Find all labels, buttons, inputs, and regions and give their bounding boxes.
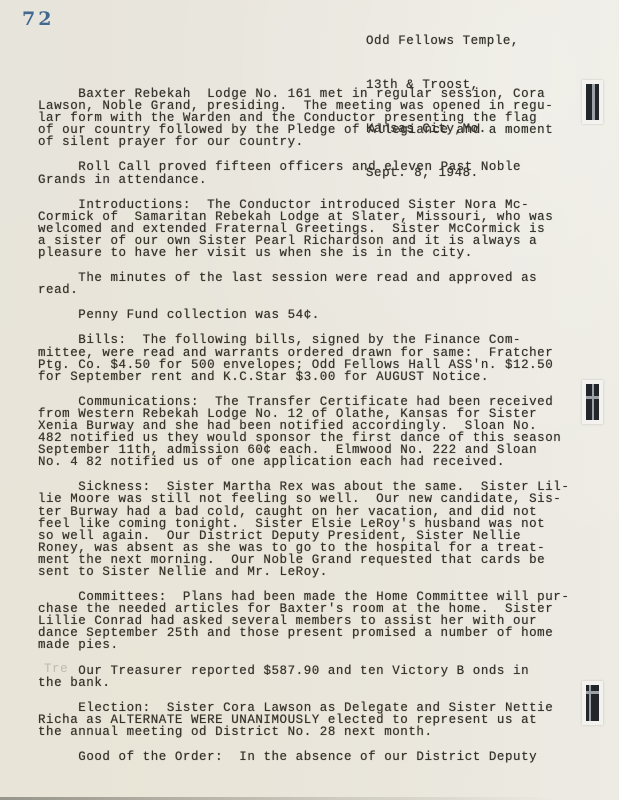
paragraph-good-of-the-order: Good of the Order: In the absence of our… (38, 751, 598, 763)
binding-hole-middle (582, 380, 603, 424)
paragraph-opening: Baxter Rebekah Lodge No. 161 met in regu… (38, 88, 598, 148)
erased-text-fragment: Tre (44, 662, 68, 676)
paragraph-minutes-approved: The minutes of the last session were rea… (38, 272, 598, 296)
paragraph-bills: Bills: The following bills, signed by th… (38, 334, 598, 382)
binding-staple-icon (586, 384, 599, 420)
paragraph-election: Election: Sister Cora Lawson as Delegate… (38, 702, 598, 738)
binding-staple-icon (586, 685, 599, 721)
paragraph-communications: Communications: The Transfer Certificate… (38, 396, 598, 469)
binding-hole-bottom (582, 681, 603, 725)
paragraph-introductions: Introductions: The Conductor introduced … (38, 199, 598, 259)
minutes-body: Baxter Rebekah Lodge No. 161 met in regu… (38, 88, 598, 763)
page-number: 72 (22, 8, 54, 30)
paragraph-roll-call: Roll Call proved fifteen officers and el… (38, 161, 598, 185)
paragraph-sickness: Sickness: Sister Martha Rex was about th… (38, 481, 598, 578)
dateline-venue: Odd Fellows Temple, (366, 34, 519, 49)
paragraph-committees: Committees: Plans had been made the Home… (38, 591, 598, 651)
scanned-minutes-page: 72 Odd Fellows Temple, 13th & Troost, Ka… (0, 0, 619, 800)
paragraph-treasurer: Our Treasurer reported $587.90 and ten V… (38, 665, 598, 689)
binding-staple-icon (586, 84, 599, 120)
binding-hole-top (582, 80, 603, 124)
paragraph-penny-fund: Penny Fund collection was 54¢. (38, 309, 598, 321)
